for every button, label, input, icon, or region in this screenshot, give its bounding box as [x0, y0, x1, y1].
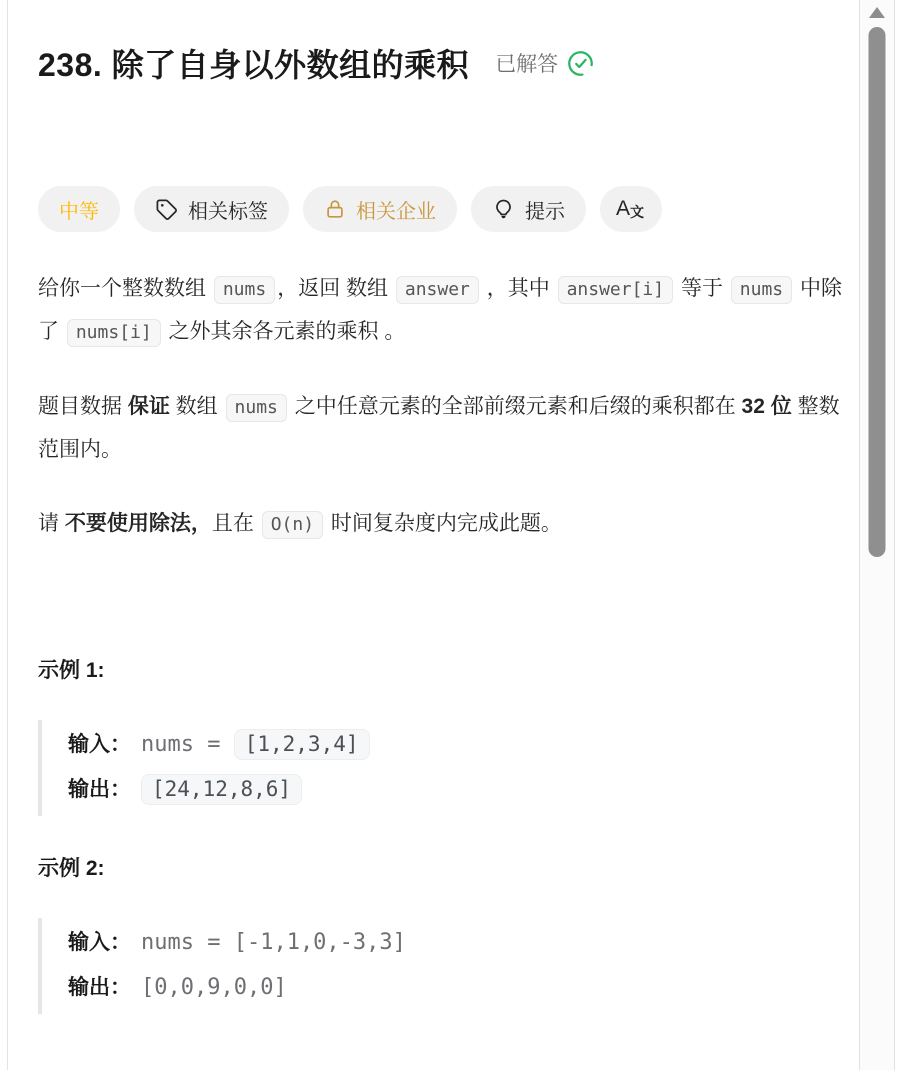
hint-label: 提示	[525, 195, 565, 224]
example-2-input-line: 输入：nums = [-1,1,0,-3,3]	[68, 920, 848, 965]
problem-content: 238. 除了自身以外数组的乘积 已解答 中等	[38, 0, 848, 1014]
text-segment: 等于	[675, 277, 729, 300]
lock-icon	[324, 198, 346, 220]
text-segment: ，其中	[481, 277, 556, 300]
lightbulb-icon	[492, 198, 515, 221]
example-2-heading: 示例 2:	[38, 852, 848, 882]
problem-statement: 给你一个整数数组 nums，返回 数组 answer ，其中 answer[i]…	[38, 268, 848, 546]
scrollbar-thumb[interactable]	[869, 27, 886, 557]
font-size-button[interactable]: A 文	[600, 186, 662, 232]
text-segment: 题目数据	[38, 395, 128, 418]
example-1-input-line: 输入：nums = [1,2,3,4]	[68, 722, 848, 767]
output-label: 输出：	[68, 778, 131, 801]
text-segment: 之中任意元素的全部前缀元素和后缀的乘积都在	[289, 395, 742, 418]
difficulty-label: 中等	[59, 195, 99, 224]
related-tags-button[interactable]: 相关标签	[134, 186, 289, 232]
output-value-chip: [24,12,8,6]	[141, 774, 302, 805]
inline-code: answer[i]	[558, 276, 674, 304]
text-segment: 请	[38, 512, 65, 535]
example-2-output-line: 输出：[0,0,9,0,0]	[68, 965, 848, 1010]
text-segment: 且在	[212, 512, 260, 535]
input-label: 输入：	[68, 931, 131, 954]
statement-paragraph-3: 请 不要使用除法，且在 O(n) 时间复杂度内完成此题。	[38, 503, 848, 546]
solved-label: 已解答	[495, 48, 558, 78]
example-2-block: 输入：nums = [-1,1,0,-3,3] 输出：[0,0,9,0,0]	[38, 918, 848, 1014]
problem-description-pane: 238. 除了自身以外数组的乘积 已解答 中等	[0, 0, 900, 1070]
check-circle-icon	[567, 50, 594, 77]
tag-icon	[155, 198, 178, 221]
inline-code: nums	[214, 276, 275, 304]
bold-text: 不要使用除法，	[65, 512, 212, 535]
hint-button[interactable]: 提示	[471, 186, 586, 232]
inline-code: nums	[226, 394, 287, 422]
statement-paragraph-1: 给你一个整数数组 nums，返回 数组 answer ，其中 answer[i]…	[38, 268, 848, 354]
toolbar: 中等 相关标签 相关企业	[38, 186, 848, 232]
bold-text: 32 位	[742, 395, 792, 418]
statement-paragraph-2: 题目数据 保证 数组 nums 之中任意元素的全部前缀元素和后缀的乘积都在 32…	[38, 386, 848, 471]
pane-left-divider	[7, 0, 8, 1070]
text-segment: 给你一个整数数组	[38, 277, 212, 300]
difficulty-badge[interactable]: 中等	[38, 186, 120, 232]
text-segment: 时间复杂度内完成此题。	[325, 512, 562, 535]
input-code: nums = [-1,1,0,-3,3]	[141, 930, 406, 955]
text-segment: 之外其余各元素的乘积 。	[163, 320, 406, 343]
page-title: 238. 除了自身以外数组的乘积	[38, 40, 469, 86]
related-companies-label: 相关企业	[356, 195, 436, 224]
bold-text: 保证	[128, 395, 170, 418]
font-size-icon: A	[616, 197, 630, 221]
input-code: nums =	[141, 732, 234, 757]
text-segment: ，返回 数组	[277, 277, 394, 300]
font-size-icon-small: 文	[630, 202, 644, 222]
text-segment: 数组	[170, 395, 224, 418]
vertical-scrollbar[interactable]	[859, 0, 895, 1070]
inline-code: nums	[731, 276, 792, 304]
example-1-heading: 示例 1:	[38, 654, 848, 684]
scroll-up-arrow[interactable]	[869, 7, 885, 18]
solved-badge[interactable]: 已解答	[495, 48, 594, 78]
example-1-output-line: 输出：[24,12,8,6]	[68, 767, 848, 812]
title-row: 238. 除了自身以外数组的乘积 已解答	[38, 40, 848, 86]
related-tags-label: 相关标签	[188, 195, 268, 224]
inline-code: O(n)	[262, 511, 323, 539]
output-code: [0,0,9,0,0]	[141, 975, 287, 1000]
input-value-chip: [1,2,3,4]	[234, 729, 370, 760]
example-1-block: 输入：nums = [1,2,3,4] 输出：[24,12,8,6]	[38, 720, 848, 816]
related-companies-button[interactable]: 相关企业	[303, 186, 457, 232]
inline-code: answer	[396, 276, 479, 304]
output-label: 输出：	[68, 976, 131, 999]
input-label: 输入：	[68, 733, 131, 756]
inline-code: nums[i]	[67, 319, 161, 347]
